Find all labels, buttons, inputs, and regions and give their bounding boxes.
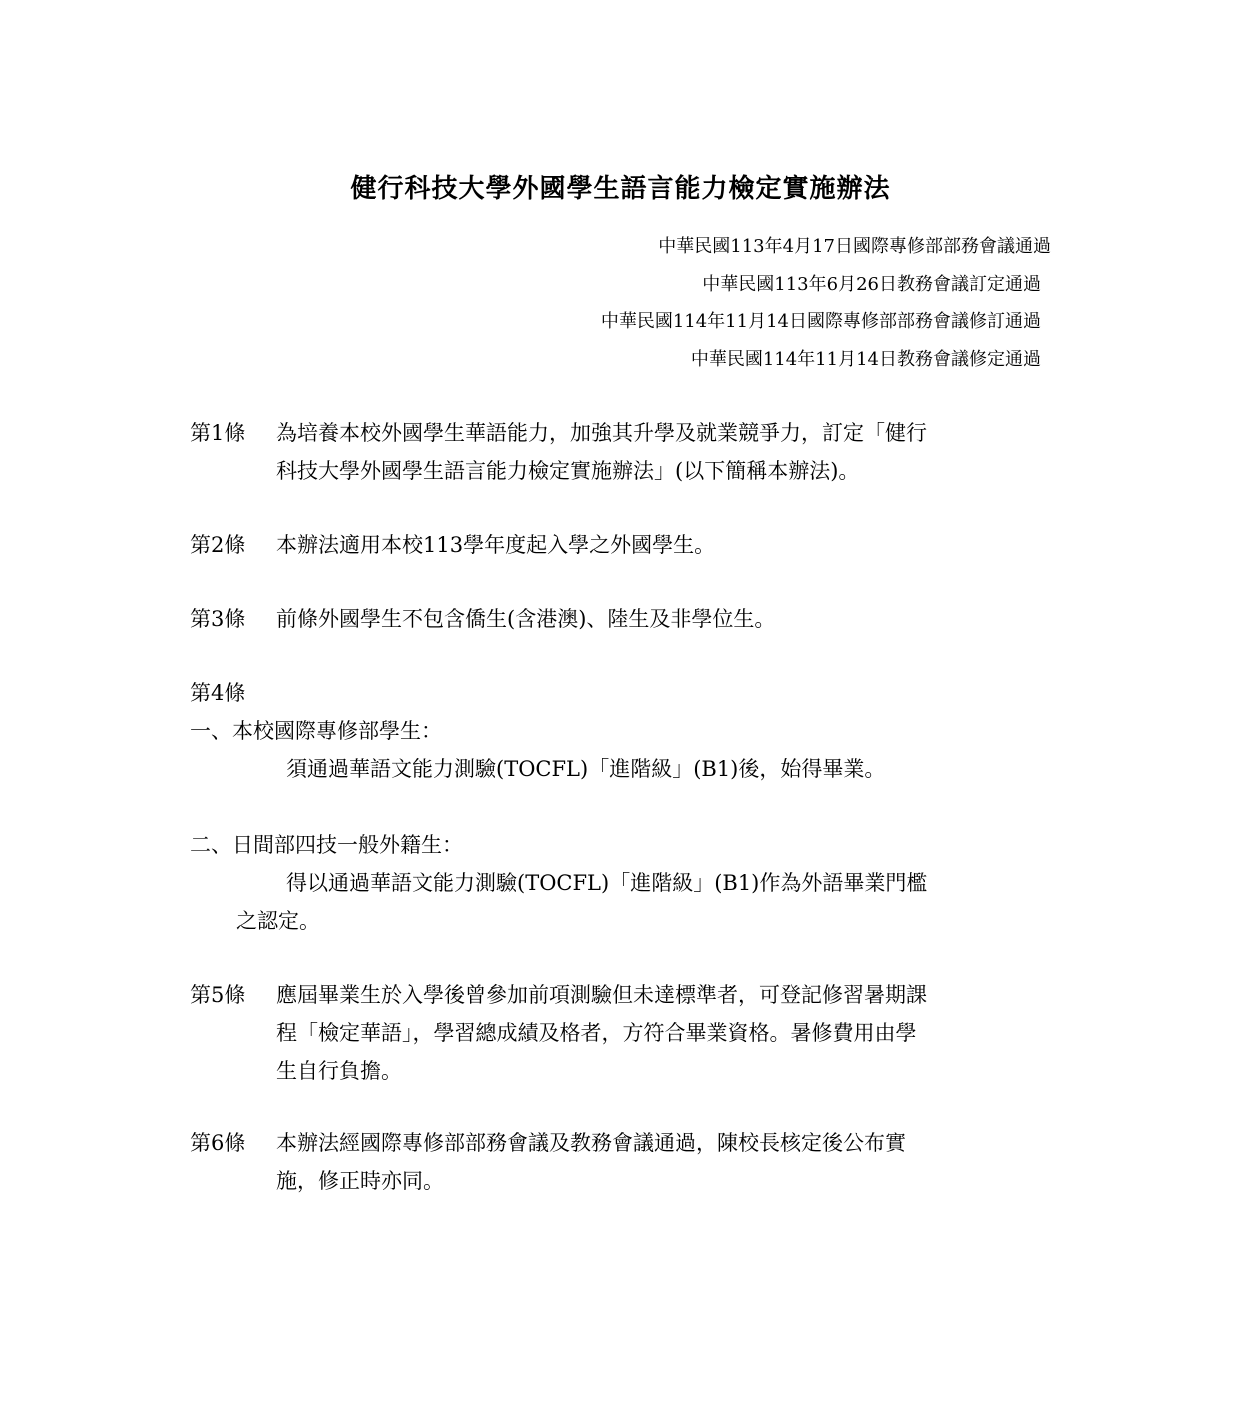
article-text: 本辦法適用本校113學年度起入學之外國學生。 (276, 533, 715, 557)
history-line: 中華民國113年6月26日教務會議訂定通過 (601, 266, 1041, 304)
history-line: 中華民國113年4月17日國際專修部部務會議通過 (601, 228, 1051, 266)
article-4-item-2: 二、日間部四技一般外籍生： 得以通過華語文能力測驗(TOCFL)「進階級」(B1… (190, 826, 1060, 940)
article-text: 前條外國學生不包含僑生(含港澳)、陸生及非學位生。 (276, 607, 775, 631)
article-4-item-2-text: 之認定。 (190, 902, 1060, 940)
article-text: 為培養本校外國學生華語能力，加強其升學及就業競爭力，訂定「健行 (276, 421, 927, 445)
article-text: 程「檢定華語」，學習總成績及格者，方符合畢業資格。暑修費用由學 (190, 1014, 1060, 1052)
article-text: 應屆畢業生於入學後曾參加前項測驗但未達標準者，可登記修習暑期課 (276, 983, 927, 1007)
history-line: 中華民國114年11月14日教務會議修定通過 (601, 341, 1041, 379)
article-label: 第4條 (190, 674, 276, 712)
article-label: 第3條 (190, 600, 276, 638)
article-label: 第6條 (190, 1124, 276, 1162)
article-1: 第1條為培養本校外國學生華語能力，加強其升學及就業競爭力，訂定「健行 科技大學外… (190, 414, 1060, 490)
article-label: 第1條 (190, 414, 276, 452)
article-3: 第3條前條外國學生不包含僑生(含港澳)、陸生及非學位生。 (190, 600, 1060, 638)
history-line: 中華民國114年11月14日國際專修部部務會議修訂通過 (601, 303, 1041, 341)
article-4: 第4條 一、本校國際專修部學生： 須通過華語文能力測驗(TOCFL)「進階級」(… (190, 674, 1060, 788)
article-4-item-2-text: 得以通過華語文能力測驗(TOCFL)「進階級」(B1)作為外語畢業門檻 (190, 864, 1060, 902)
article-5: 第5條應屆畢業生於入學後曾參加前項測驗但未達標準者，可登記修習暑期課 程「檢定華… (190, 976, 1060, 1090)
article-4-item-1-text: 須通過華語文能力測驗(TOCFL)「進階級」(B1)後，始得畢業。 (190, 750, 1060, 788)
document-page: 健行科技大學外國學生語言能力檢定實施辦法 中華民國113年4月17日國際專修部部… (0, 0, 1241, 1410)
article-text: 本辦法經國際專修部部務會議及教務會議通過，陳校長核定後公布實 (276, 1131, 906, 1155)
article-text: 施，修正時亦同。 (190, 1162, 1060, 1200)
article-6: 第6條本辦法經國際專修部部務會議及教務會議通過，陳校長核定後公布實 施，修正時亦… (190, 1124, 1060, 1200)
amendment-history: 中華民國113年4月17日國際專修部部務會議通過 中華民國113年6月26日教務… (601, 228, 1051, 378)
article-4-item-1-heading: 一、本校國際專修部學生： (190, 712, 1060, 750)
document-title: 健行科技大學外國學生語言能力檢定實施辦法 (0, 168, 1241, 205)
article-2: 第2條本辦法適用本校113學年度起入學之外國學生。 (190, 526, 1060, 564)
article-text: 生自行負擔。 (190, 1052, 1060, 1090)
article-label: 第2條 (190, 526, 276, 564)
article-label: 第5條 (190, 976, 276, 1014)
article-4-item-2-heading: 二、日間部四技一般外籍生： (190, 826, 1060, 864)
article-text: 科技大學外國學生語言能力檢定實施辦法」(以下簡稱本辦法)。 (190, 452, 1060, 490)
